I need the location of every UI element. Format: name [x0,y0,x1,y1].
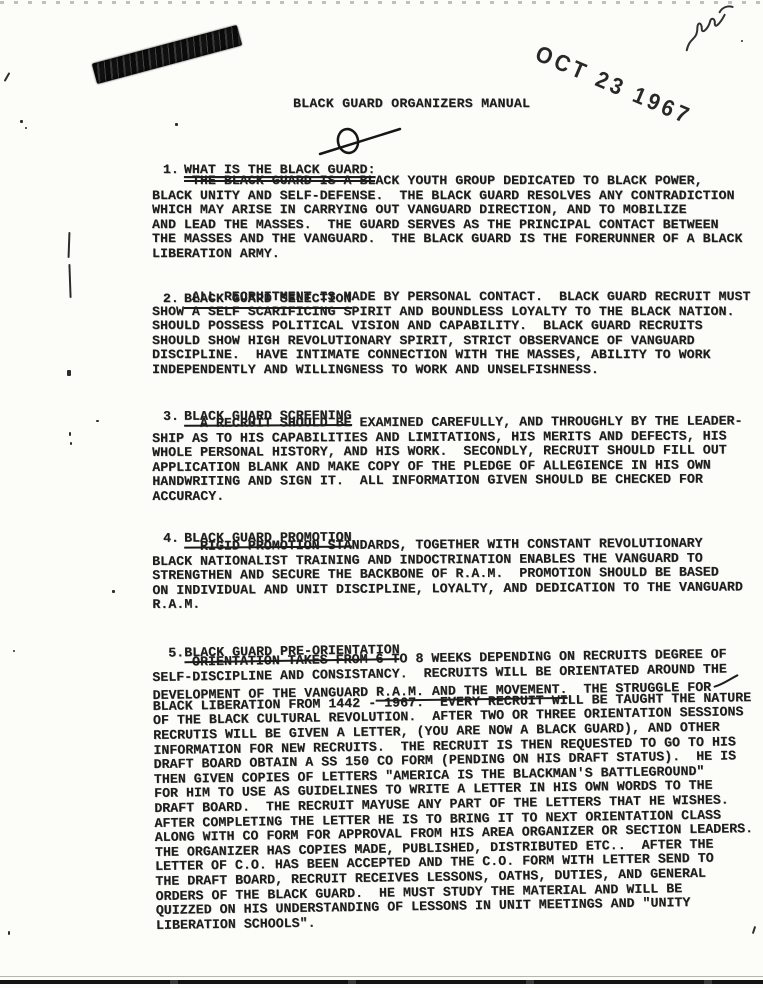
document-page: OCT 23 1967 BLACK GUARD ORGANIZERS MANUA… [0,0,763,988]
scan-speck [25,127,27,129]
paragraph: THE BLACK GUARD IS A BLACK YOUTH GROUP D… [152,174,742,262]
scan-edge-dots [0,1,763,4]
paragraph-line: WHICH MAY ARISE IN CARRYING OUT VANGUARD… [152,203,742,218]
scan-speck [70,442,72,445]
paragraph: RIGID PROMOTION STANDARDS, TOGETHER WITH… [152,536,743,613]
paragraph-line: LIBERATION ARMY. [152,247,742,262]
paragraph-line: DISCIPLINE. HAVE INTIMATE CONNECTION WIT… [152,348,750,363]
scan-speck [20,120,23,123]
paragraph-line: THE MASSES AND THE VANGUARD. THE BLACK G… [152,232,742,247]
scan-bottom-edge-line [0,980,763,984]
black-marker-strip [92,25,242,84]
scan-speck [96,420,99,422]
paragraph-line: HANDWRITING AND SIGN IT. ALL INFORMATION… [152,473,743,490]
scan-speck [68,232,71,258]
pen-stroke-tail-icon [713,674,739,688]
scan-bottom-faint-line [0,976,763,977]
scan-speck [175,123,178,126]
handwriting-squiggle-icon [673,0,747,59]
scan-speck [752,926,756,934]
scan-speck [67,370,71,376]
date-stamp: OCT 23 1967 [531,40,696,130]
paragraph: ORIENTATION TAKES FROM 6 TO 8 WEEKS DEPE… [152,647,755,933]
paragraph-line: THE BLACK GUARD IS A BLACK YOUTH GROUP D… [152,174,742,189]
paragraph-line: SHOW A SELF SCARIFICING SPIRIT AND BOUND… [152,305,750,320]
paragraph: A RECRUIT SHOULD BE EXAMINED CAREFULLY, … [152,414,743,504]
paragraph-line: SHOULD SHOW HIGH REVOLUTIONARY SPIRIT, S… [152,334,750,349]
scan-speck [4,72,11,82]
paragraph-line: ACCURACY. [152,487,743,504]
paragraph-line: SHOULD POSSESS POLITICAL VISION AND CAPA… [152,319,750,334]
scan-speck [8,931,10,935]
scan-speck [69,432,71,436]
paragraph-line: AND LEAD THE MASSES. THE GUARD SERVES AS… [152,218,742,233]
paragraph-line: INDEPENDENTLY AND WILLINGNESS TO WORK AN… [152,363,750,378]
paragraph-line: R.A.M. [152,595,743,613]
scan-speck [112,590,115,593]
paragraph-line: ALL RECRUITMENT IS MADE BY PERSONAL CONT… [152,290,750,305]
page-title: BLACK GUARD ORGANIZERS MANUAL [293,96,530,111]
scan-speck [68,264,71,298]
paragraph-line: BLACK UNITY AND SELF-DEFENSE. THE BLACK … [152,189,742,204]
scan-speck [13,650,15,652]
paragraph: ALL RECRUITMENT IS MADE BY PERSONAL CONT… [152,290,750,378]
